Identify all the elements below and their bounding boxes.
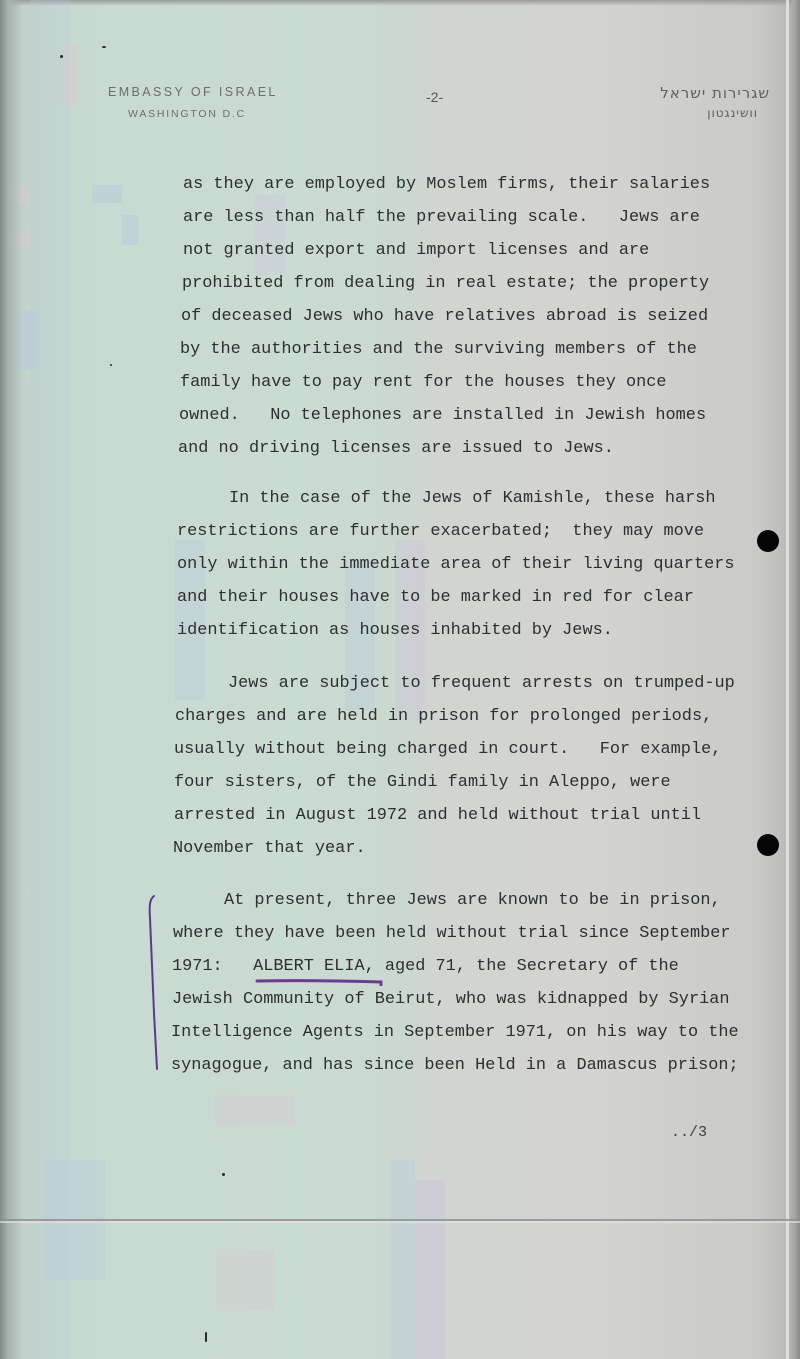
scan-artifact (415, 1180, 445, 1359)
fold-line-highlight (0, 1221, 800, 1223)
text-line: arrested in August 1972 and held without… (174, 808, 701, 825)
scan-artifact (390, 1160, 415, 1359)
scan-speck (205, 1332, 207, 1342)
scanned-letter-page: EMBASSY OF ISRAEL WASHINGTON D.C -2- שגר… (0, 0, 800, 1359)
scan-artifact (62, 45, 78, 105)
letterhead-english: EMBASSY OF ISRAEL WASHINGTON D.C (108, 86, 278, 119)
letterhead-org-hebrew: שגרירות ישראל (660, 86, 770, 101)
text-line: In the case of the Jews of Kamishle, the… (229, 491, 716, 508)
text-line: prohibited from dealing in real estate; … (182, 276, 709, 293)
text-line: of deceased Jews who have relatives abro… (181, 309, 708, 326)
letterhead-city-hebrew: וושינגטון (660, 107, 758, 119)
text-line: not granted export and import licenses a… (183, 243, 649, 260)
text-line: restrictions are further exacerbated; th… (177, 524, 704, 541)
scan-top-shadow (0, 0, 800, 6)
scan-speck (110, 364, 112, 366)
text-line: and no driving licenses are issued to Je… (178, 441, 614, 458)
text-line: Jewish Community of Beirut, who was kidn… (172, 992, 729, 1009)
text-line: are less than half the prevailing scale.… (183, 210, 700, 227)
scan-artifact (255, 195, 285, 275)
text-line: Jews are subject to frequent arrests on … (228, 676, 735, 693)
scan-artifact (215, 1250, 275, 1310)
scan-speck (222, 1173, 225, 1176)
margin-bracket-mark (145, 893, 165, 1073)
text-line: four sisters, of the Gindi family in Ale… (174, 775, 671, 792)
text-line: where they have been held without trial … (173, 926, 730, 943)
page-number: -2- (426, 89, 443, 105)
scan-artifact (215, 1095, 295, 1125)
text-line: owned. No telephones are installed in Je… (179, 408, 706, 425)
hole-punch (757, 834, 779, 856)
text-line: synagogue, and has since been Held in a … (171, 1058, 739, 1075)
text-line: as they are employed by Moslem firms, th… (183, 177, 710, 194)
continuation-marker: ../3 (671, 1124, 707, 1141)
scan-artifact (122, 215, 138, 245)
scan-streak (786, 0, 789, 1359)
letterhead-city: WASHINGTON D.C (128, 109, 278, 120)
text-line: identification as houses inhabited by Je… (177, 623, 613, 640)
text-line: family have to pay rent for the houses t… (180, 375, 667, 392)
scan-artifact (92, 185, 122, 203)
text-line: and their houses have to be marked in re… (177, 590, 694, 607)
text-line: November that year. (173, 841, 366, 858)
name-underline-mark (255, 978, 385, 986)
hole-punch (757, 530, 779, 552)
text-line: by the authorities and the surviving mem… (180, 342, 697, 359)
text-line: usually without being charged in court. … (174, 742, 721, 759)
text-line: At present, three Jews are known to be i… (224, 893, 721, 910)
scan-speck (60, 55, 63, 58)
scan-artifact (30, 0, 70, 1359)
text-line: Intelligence Agents in September 1971, o… (171, 1025, 739, 1042)
text-line: charges and are held in prison for prolo… (175, 709, 712, 726)
letterhead-org: EMBASSY OF ISRAEL (108, 86, 278, 99)
letterhead-hebrew: שגרירות ישראל וושינגטון (660, 86, 770, 119)
page-left-edge (0, 0, 22, 1359)
text-line: 1971: ALBERT ELIA, aged 71, the Secretar… (172, 959, 679, 976)
scan-speck (102, 46, 106, 48)
text-line: only within the immediate area of their … (177, 557, 734, 574)
